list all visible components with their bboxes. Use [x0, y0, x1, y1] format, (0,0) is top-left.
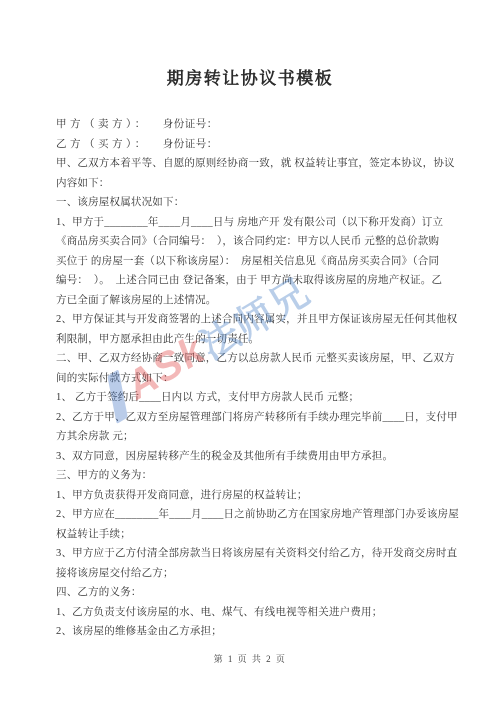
party-line-buyer: 乙方（买方）：身份证号：	[56, 135, 448, 155]
document-line: 1、 乙方于签约后____日内以 方式，支付甲方房款人民币 元整；	[56, 388, 448, 408]
document-line: 一、该房屋权属状况如下：	[56, 193, 448, 213]
document-line: 内容如下：	[56, 174, 448, 194]
document-line: 1、甲方于________年____月____日与 房地产开 发有限公司（以下称…	[56, 213, 448, 233]
party-buyer-id-label: 身份证号：	[163, 139, 218, 150]
page-footer: 第 1 页 共 2 页	[0, 652, 500, 665]
document-line: 1、乙方负责支付该房屋的水、电、煤气、有线电视等相关进户费用；	[56, 603, 448, 623]
document-lines: 甲、乙双方本着平等、自愿的原则经协商一致，就 权益转让事宜，签定本协议，协议内容…	[56, 154, 448, 642]
document-line: 1、甲方负责获得开发商同意，进行房屋的权益转让；	[56, 486, 448, 506]
document-line: 间的实际付款方式如下：	[56, 369, 448, 389]
document-page: 期房转让协议书模板 甲方（卖方）：身份证号： 乙方（买方）：身份证号： 甲、乙双…	[0, 0, 500, 706]
document-line: 2、甲方应在________年____月____日之前协助乙方在国家房地产管理部…	[56, 505, 448, 525]
document-line: 2、乙方于甲、乙双方至房屋管理部门将房产转移所有手续办理完毕前____日，支付甲	[56, 408, 448, 428]
document-line: 甲、乙双方本着平等、自愿的原则经协商一致，就 权益转让事宜，签定本协议，协议	[56, 154, 448, 174]
document-line: 2、甲方保证其与开发商签署的上述合同内容属实，并且甲方保证该房屋无任何其他权	[56, 310, 448, 330]
document-line: 2、该房屋的维修基金由乙方承担；	[56, 622, 448, 642]
document-line: 3、双方同意，因房屋转移产生的税金及其他所有手续费用由甲方承担。	[56, 447, 448, 467]
document-body: 甲方（卖方）：身份证号： 乙方（买方）：身份证号： 甲、乙双方本着平等、自愿的原…	[56, 115, 448, 642]
party-line-seller: 甲方（卖方）：身份证号：	[56, 115, 448, 135]
document-line: 利限制，甲方愿承担由此产生的一切责任。	[56, 330, 448, 350]
document-line: 接将该房屋交付给乙方；	[56, 564, 448, 584]
document-title: 期房转让协议书模板	[0, 64, 500, 89]
document-line: 方其余房款 元；	[56, 427, 448, 447]
document-line: 3、甲方应于乙方付清全部房款当日将该房屋有关资料交付给乙方，待开发商交房时直	[56, 544, 448, 564]
party-seller-label: 甲方（卖方）：	[56, 119, 149, 130]
document-line: 买位于 的房屋一套（以下称该房屋）： 房屋相关信息见《商品房买卖合同》（合同	[56, 252, 448, 272]
document-line: 编号： ）。 上述合同已由 登记备案，由于 甲方尚未取得该房屋的房地产权证。乙	[56, 271, 448, 291]
document-line: 二、甲、乙双方经协商一致同意，乙方以总房款人民币 元整买卖该房屋，甲、乙双方	[56, 349, 448, 369]
party-buyer-label: 乙方（买方）：	[56, 139, 149, 150]
document-line: 《商品房买卖合同》（合同编号： ），该合同约定：甲方以人民币 元整的总价款购	[56, 232, 448, 252]
party-seller-id-label: 身份证号：	[163, 119, 218, 130]
document-line: 四、乙方的义务：	[56, 583, 448, 603]
document-line: 方已全面了解该房屋的上述情况。	[56, 291, 448, 311]
document-line: 权益转让手续；	[56, 525, 448, 545]
document-line: 三、甲方的义务为：	[56, 466, 448, 486]
